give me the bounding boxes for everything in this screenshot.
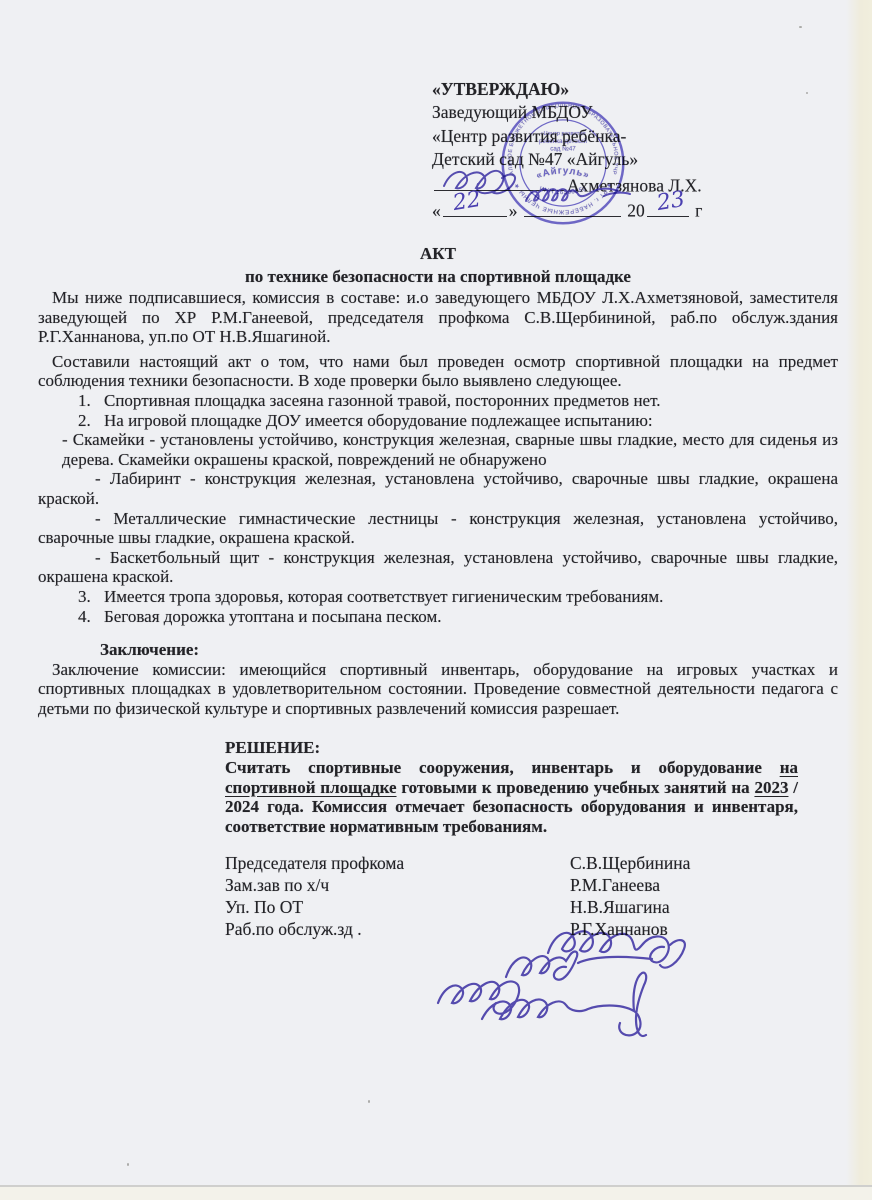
document-title: АКТ [38,242,838,265]
signature-block: Председателя профкомаС.В.Щербинина Зам.з… [225,852,838,940]
list-item-1-text: Спортивная площадка засеяна газонной тра… [104,391,661,411]
list-item-2-number: 2. [78,411,104,431]
date-day-blank: 22 [443,197,507,216]
document-body: АКТ по технике безопасности на спортивно… [38,242,838,940]
scan-paper-edge-right [846,0,872,1200]
signature-name: Р.М.Ганеева [570,875,660,895]
scanned-document-page: «УТВЕРЖДАЮ» Заведующий МБДОУ «Центр разв… [0,0,872,1200]
signature-label: Зам.зав по х/ч [225,874,570,896]
conclusion-heading: Заключение: [100,640,838,660]
list-item-4: 4. Беговая дорожка утоптана и посыпана п… [78,607,838,627]
equipment-ladders: - Металлические гимнастические лестницы … [38,509,838,548]
list-item-4-number: 4. [78,607,104,627]
signature-row-zamzav: Зам.зав по х/чР.М.Ганеева [225,874,838,896]
handwritten-month-scribble [520,179,638,209]
equipment-labyrinth: - Лабиринт - конструкция железная, устан… [38,469,838,508]
approval-heading: «УТВЕРЖДАЮ» [432,78,792,101]
approval-block: «УТВЕРЖДАЮ» Заведующий МБДОУ «Центр разв… [432,78,792,223]
date-month-blank [524,197,621,216]
list-item-3-number: 3. [78,587,104,607]
list-item-3: 3. Имеется тропа здоровья, которая соотв… [78,587,838,607]
signature-name: Н.В.Яшагина [570,897,670,917]
signature-scribble-4 [482,973,646,1036]
year-suffix: г [695,201,702,221]
decision-part-2: готовыми к проведению учебных занятий на [397,778,755,797]
approval-org-line-1: Заведующий МБДОУ [432,101,792,124]
equipment-basketball: - Баскетбольный щит - конструкция железн… [38,548,838,587]
document-subtitle: по технике безопасности на спортивной пл… [38,265,838,288]
paragraph-inspection: Составили настоящий акт о том, что нами … [38,352,838,391]
signature-name: С.В.Щербинина [570,853,690,873]
signature-row-profkom: Председателя профкомаС.В.Щербинина [225,852,838,874]
handwritten-year: 23 [655,189,686,215]
list-item-2-text: На игровой площадке ДОУ имеется оборудов… [104,411,653,431]
scan-speck [368,1100,370,1103]
decision-text: Считать спортивные сооружения, инвентарь… [225,758,798,836]
signature-label: Председателя профкома [225,852,570,874]
approval-date-line: «22» 2023 г [432,197,792,223]
conclusion-text: Заключение комиссии: имеющийся спортивны… [38,660,838,719]
equipment-benches: - Скамейки - установлены устойчиво, конс… [62,430,838,469]
scan-speck [799,26,802,28]
paragraph-commission: Мы ниже подписавшиеся, комиссия в состав… [38,288,838,347]
date-year-blank: 23 [647,197,689,216]
decision-underlined-year: 2023 [754,778,788,797]
list-item-2: 2. На игровой площадке ДОУ имеется обору… [78,411,838,431]
scan-paper-edge-bottom [0,1185,872,1200]
list-item-3-text: Имеется тропа здоровья, которая соответс… [104,587,663,607]
quote-close: » [509,201,518,221]
scan-speck [806,92,808,94]
decision-heading: РЕШЕНИЕ: [225,738,838,758]
approval-org-line-2: «Центр развития ребёнка- [432,125,792,148]
list-item-4-text: Беговая дорожка утоптана и посыпана песк… [104,607,442,627]
signature-label: Раб.по обслуж.зд . [225,918,570,940]
scan-speck [127,1163,129,1166]
decision-part-1: Считать спортивные сооружения, инвентарь… [225,758,780,777]
signature-row-obsluzh: Раб.по обслуж.зд .Р.Г.Ханнанов [225,918,838,940]
signature-row-ot: Уп. По ОТН.В.Яшагина [225,896,838,918]
signature-label: Уп. По ОТ [225,896,570,918]
quote-open: « [432,201,441,221]
list-item-1: 1. Спортивная площадка засеяна газонной … [78,391,838,411]
list-item-1-number: 1. [78,391,104,411]
handwritten-day: 22 [451,189,482,215]
signature-scribble-3 [438,981,519,1013]
signature-name: Р.Г.Ханнанов [570,919,668,939]
signature-scribble-2 [506,952,652,980]
approval-org-line-3: Детский сад №47 «Айгуль» [432,148,792,171]
